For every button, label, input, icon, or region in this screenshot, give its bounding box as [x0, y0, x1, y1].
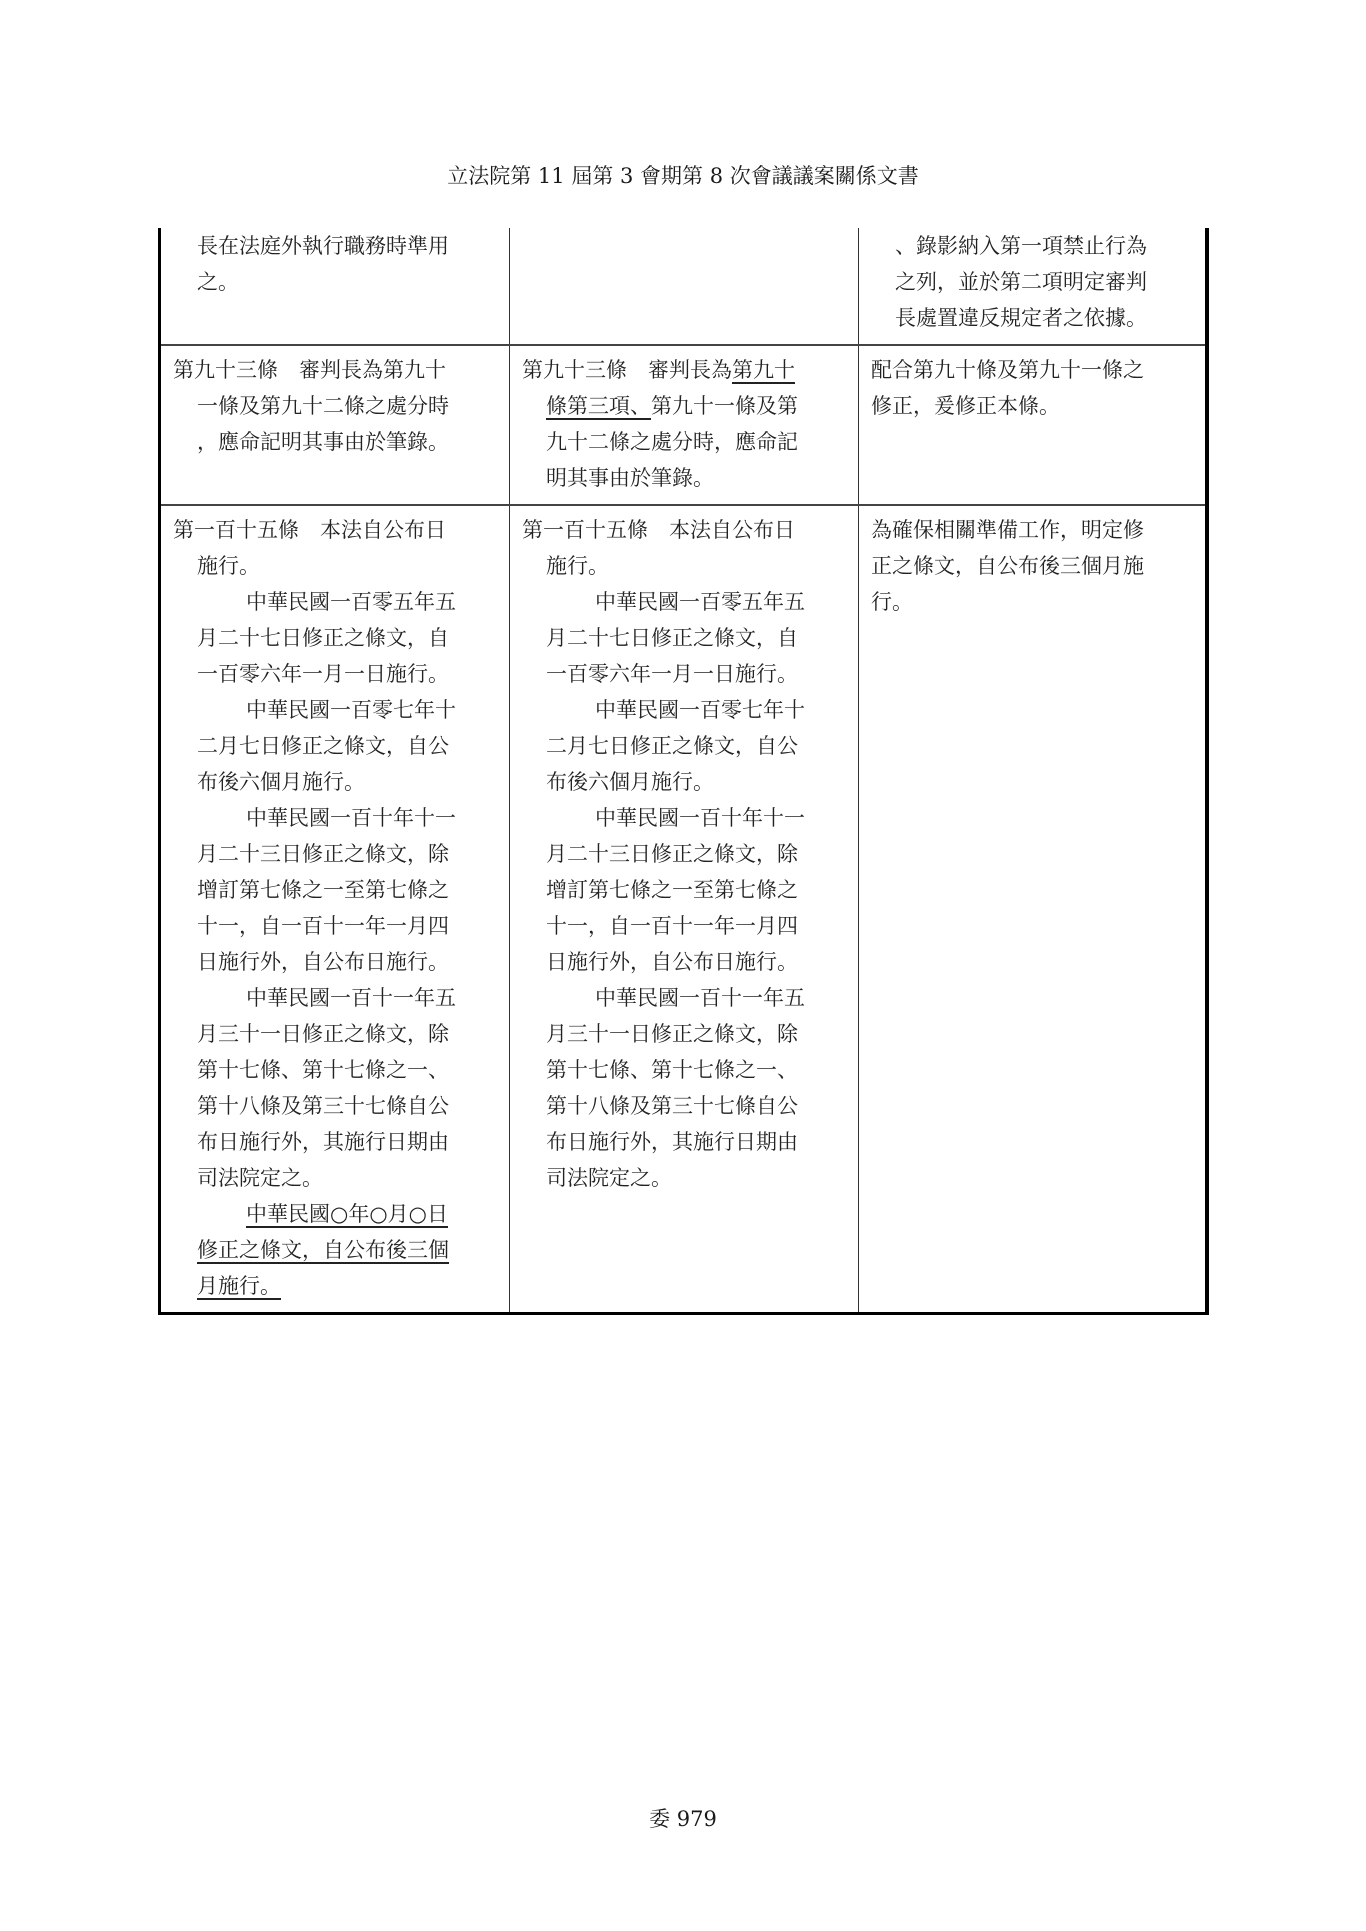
text-line: 日施行外，自公布日施行。	[173, 944, 499, 980]
amended-text-cell: 長在法庭外執行職務時準用 之。	[160, 228, 510, 345]
text-line: 之列，並於第二項明定審判	[871, 264, 1195, 300]
text-line: 二月七日修正之條文，自公	[173, 728, 499, 764]
text-line: 月二十三日修正之條文，除	[522, 836, 848, 872]
text-line: 一百零六年一月一日施行。	[173, 656, 499, 692]
text-line: 司法院定之。	[173, 1160, 499, 1196]
text-line: 日施行外，自公布日施行。	[522, 944, 848, 980]
underlined-amendment: 修正之條文，自公布後三個	[197, 1238, 449, 1262]
text-line: 中華民國一百零五年五	[522, 584, 848, 620]
text-line: 十一，自一百十一年一月四	[173, 908, 499, 944]
text-line: 中華民國一百十一年五	[173, 980, 499, 1016]
text-line: 一條及第九十二條之處分時	[173, 388, 499, 424]
text-line: 司法院定之。	[522, 1160, 848, 1196]
text-line: 中華民國一百零五年五	[173, 584, 499, 620]
table-row: 第九十三條 審判長為第九十 一條及第九十二條之處分時 ，應命記明其事由於筆錄。 …	[160, 345, 1207, 505]
text-line: 二月七日修正之條文，自公	[522, 728, 848, 764]
text-line: 中華民國一百十年十一	[522, 800, 848, 836]
current-text-cell: 第一百十五條 本法自公布日 施行。 中華民國一百零五年五 月二十七日修正之條文，…	[510, 505, 859, 1314]
text-line: 第九十三條 審判長為第九十	[522, 352, 848, 388]
text-line: 第九十三條 審判長為第九十	[173, 352, 499, 388]
text-line: 行。	[871, 584, 1195, 620]
amended-text-cell: 第一百十五條 本法自公布日 施行。 中華民國一百零五年五 月二十七日修正之條文，…	[160, 505, 510, 1314]
current-text-cell: 第九十三條 審判長為第九十 條第三項、第九十一條及第 九十二條之處分時，應命記 …	[510, 345, 859, 505]
text-line: 修正，爰修正本條。	[871, 388, 1195, 424]
text-line: 增訂第七條之一至第七條之	[522, 872, 848, 908]
text-line: 中華民國○年○月○日	[173, 1196, 499, 1232]
page-header: 立法院第 11 屆第 3 會期第 8 次會議議案關係文書	[0, 160, 1366, 190]
text-line: 明其事由於筆錄。	[522, 460, 848, 496]
text-line: 中華民國一百零七年十	[522, 692, 848, 728]
text-line: 第十七條、第十七條之一、	[522, 1052, 848, 1088]
text-line: 一百零六年一月一日施行。	[522, 656, 848, 692]
text-line: 月二十三日修正之條文，除	[173, 836, 499, 872]
text-line: 增訂第七條之一至第七條之	[173, 872, 499, 908]
text-line: 月施行。	[173, 1268, 499, 1304]
table-row: 長在法庭外執行職務時準用 之。 、錄影納入第一項禁止行為 之列，並於第二項明定審…	[160, 228, 1207, 345]
text-line: 施行。	[522, 548, 848, 584]
underlined-amendment: 條第三項、	[546, 394, 651, 418]
page-number: 委 979	[0, 1803, 1366, 1833]
text-line: 月二十七日修正之條文，自	[522, 620, 848, 656]
text-line: 九十二條之處分時，應命記	[522, 424, 848, 460]
text-line: 布後六個月施行。	[522, 764, 848, 800]
explanation-cell: 、錄影納入第一項禁止行為 之列，並於第二項明定審判 長處置違反規定者之依據。	[859, 228, 1207, 345]
text-line: 中華民國一百零七年十	[173, 692, 499, 728]
text-line: ，應命記明其事由於筆錄。	[173, 424, 499, 460]
text-line: 為確保相關準備工作，明定修	[871, 512, 1195, 548]
underlined-amendment: 第九十	[732, 358, 795, 382]
text-line: 配合第九十條及第九十一條之	[871, 352, 1195, 388]
text-line: 月三十一日修正之條文，除	[173, 1016, 499, 1052]
text-line: 之。	[173, 264, 499, 300]
text-line: 十一，自一百十一年一月四	[522, 908, 848, 944]
text-line: 布日施行外，其施行日期由	[522, 1124, 848, 1160]
text-line: 、錄影納入第一項禁止行為	[871, 228, 1195, 264]
text-line: 第一百十五條 本法自公布日	[173, 512, 499, 548]
text-line: 月三十一日修正之條文，除	[522, 1016, 848, 1052]
explanation-cell: 為確保相關準備工作，明定修 正之條文，自公布後三個月施 行。	[859, 505, 1207, 1314]
text-line: 第十八條及第三十七條自公	[522, 1088, 848, 1124]
text-line: 布日施行外，其施行日期由	[173, 1124, 499, 1160]
text-line: 中華民國一百十一年五	[522, 980, 848, 1016]
text-line: 第一百十五條 本法自公布日	[522, 512, 848, 548]
underlined-amendment: 中華民國○年○月○日	[246, 1202, 448, 1226]
underlined-amendment: 月施行。	[197, 1274, 281, 1298]
amended-text-cell: 第九十三條 審判長為第九十 一條及第九十二條之處分時 ，應命記明其事由於筆錄。	[160, 345, 510, 505]
explanation-cell: 配合第九十條及第九十一條之 修正，爰修正本條。	[859, 345, 1207, 505]
text-line: 條第三項、第九十一條及第	[522, 388, 848, 424]
text-line: 長在法庭外執行職務時準用	[173, 228, 499, 264]
plain-text: 第九十三條 審判長為	[522, 358, 732, 382]
table-row: 第一百十五條 本法自公布日 施行。 中華民國一百零五年五 月二十七日修正之條文，…	[160, 505, 1207, 1314]
text-line: 月二十七日修正之條文，自	[173, 620, 499, 656]
text-line: 正之條文，自公布後三個月施	[871, 548, 1195, 584]
current-text-cell	[510, 228, 859, 345]
text-line: 施行。	[173, 548, 499, 584]
text-line: 第十七條、第十七條之一、	[173, 1052, 499, 1088]
text-line: 布後六個月施行。	[173, 764, 499, 800]
text-line: 中華民國一百十年十一	[173, 800, 499, 836]
text-line: 長處置違反規定者之依據。	[871, 300, 1195, 336]
amendment-comparison-table: 長在法庭外執行職務時準用 之。 、錄影納入第一項禁止行為 之列，並於第二項明定審…	[158, 228, 1209, 1315]
plain-text: 第九十一條及第	[651, 394, 798, 418]
text-line: 修正之條文，自公布後三個	[173, 1232, 499, 1268]
text-line: 第十八條及第三十七條自公	[173, 1088, 499, 1124]
